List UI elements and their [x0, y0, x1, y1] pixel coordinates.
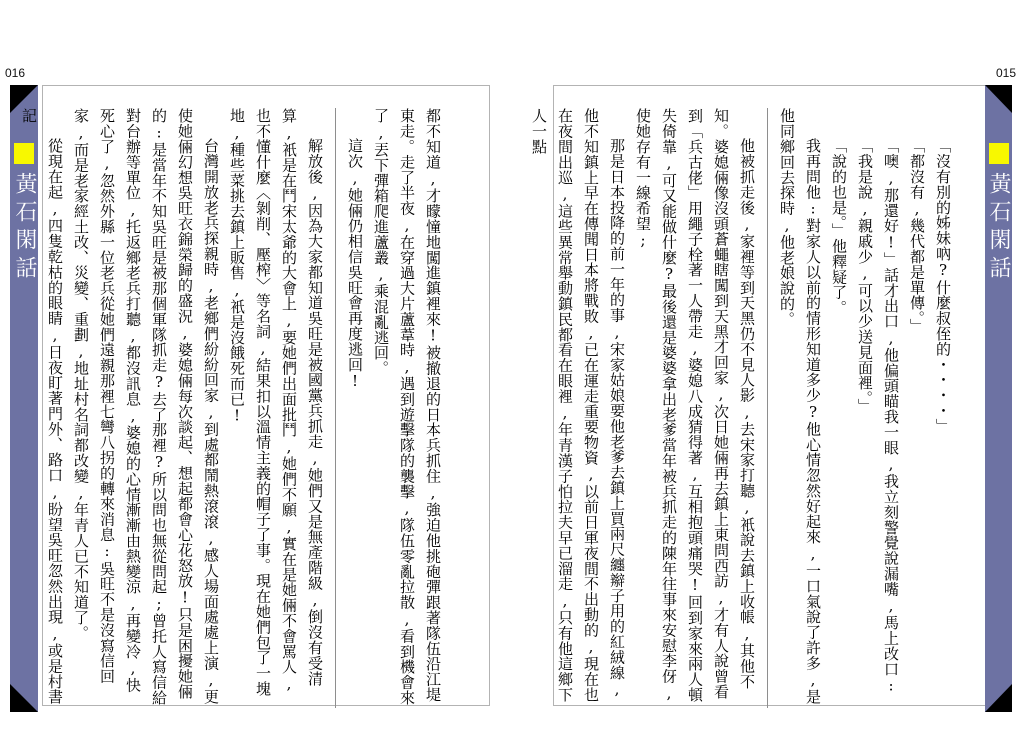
- page-015: 黃石閑話 「沒有別的姊妹吶?什麼叔侄的・・・・」 「都沒有,幾代都是單傳。」 「…: [553, 85, 1012, 712]
- dialogue-paragraph: 「說的也是。」他釋疑了。: [826, 108, 852, 708]
- paragraph-after-divider: 他被抓走後,家裡等到天黑仍不見人影,去宋家打聽,衹說去鎮上收帳,其他不知。婆媳倆…: [630, 108, 768, 708]
- paragraph: 台灣開放老兵探親時,老鄉們紛紛回家,到處都鬧熱滾滾,感人場面處處上演,更使她倆幻…: [68, 108, 224, 708]
- paragraph: 從現在起,四隻乾枯的眼睛,日夜盯著門外、路口,盼望吳旺忽然出現,或是村書記: [16, 108, 68, 708]
- continuation-paragraph: 都不知道,才矇憧地闖進鎮裡來!被撤退的日本兵抓住,強迫他挑砲彈跟著隊伍沿江堤東走…: [368, 108, 446, 708]
- book-title: 黃石閑話: [985, 172, 1012, 284]
- corner-triangle-icon: [985, 85, 1012, 113]
- paragraph: 那是日本投降的前一年的事,宋家姑娘要他老爹去鎮上買兩尺纏辮子用的紅絨線,他不知鎮…: [526, 108, 630, 708]
- page-text: 「沒有別的姊妹吶?什麼叔侄的・・・・」 「都沒有,幾代都是單傳。」 「噢,那還好…: [526, 108, 956, 708]
- book-spread: 015 016 黃石閑話 「沒有別的姊妹吶?什麼叔侄的・・・・」 「都沒有,幾代…: [0, 0, 1024, 742]
- paragraph: 我再問他:對家人以前的情形知道多少?他心情忽然好起來,一口氣說了許多,是他同鄉回…: [774, 108, 826, 708]
- corner-triangle-icon: [985, 684, 1012, 712]
- dialogue-paragraph: 「噢,那還好!」話才出口,他偏頭瞄我一眼,我立刻警覺說漏嘴,馬上改口:: [878, 108, 904, 708]
- page-016: 黃石閑話 都不知道,才矇憧地闖進鎮裡來!被撤退的日本兵抓住,強迫他挑砲彈跟著隊伍…: [10, 85, 490, 712]
- dialogue-paragraph: 「都沒有,幾代都是單傳。」: [904, 108, 930, 708]
- dialogue-paragraph: 「我是說,親戚少,可以少送見面裡。」: [852, 108, 878, 708]
- chapter-tab: 黃石閑話: [985, 85, 1012, 712]
- page-text: 都不知道,才矇憧地闖進鎮裡來!被撤退的日本兵抓住,強迫他挑砲彈跟著隊伍沿江堤東走…: [16, 108, 446, 708]
- paragraph-after-divider: 解放後,因為大家都知道吳旺是被國黨兵抓走,她們又是無產階級,倒沒有受清算,衹是在…: [224, 108, 336, 708]
- paragraph: 這次,她倆仍相信吳旺會再度逃回!: [342, 108, 368, 708]
- page-number-left: 016: [5, 66, 25, 80]
- page-number-right: 015: [996, 66, 1016, 80]
- dialogue-paragraph: 「沒有別的姊妹吶?什麼叔侄的・・・・」: [930, 108, 956, 708]
- chapter-marker-square: [989, 143, 1009, 164]
